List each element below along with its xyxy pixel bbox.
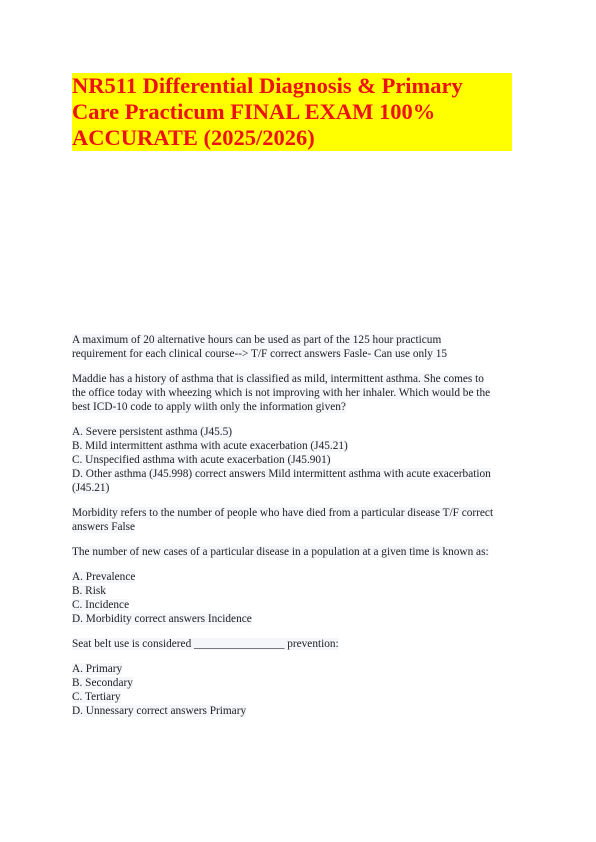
option-line: C. Tertiary xyxy=(72,691,121,703)
question-asthma-options: A. Severe persistent asthma (J45.5) B. M… xyxy=(72,425,532,495)
question-morbidity: Morbidity refers to the number of people… xyxy=(72,506,532,534)
question-new-cases-options: A. Prevalence B. Risk C. Incidence D. Mo… xyxy=(72,570,532,626)
title-line-2: Care Practicum FINAL EXAM 100% xyxy=(72,99,435,124)
text-line: Maddie has a history of asthma that is c… xyxy=(72,373,484,385)
title-line-3: ACCURATE (2025/2026) xyxy=(72,125,315,150)
option-line: C. Unspecified asthma with acute exacerb… xyxy=(72,454,331,466)
document-body: A maximum of 20 alternative hours can be… xyxy=(72,333,532,729)
text-line: best ICD-10 code to apply wiith only the… xyxy=(72,401,346,413)
question-asthma-stem: Maddie has a history of asthma that is c… xyxy=(72,372,532,414)
text-line: the office today with wheezing which is … xyxy=(72,387,490,399)
text-line: Morbidity refers to the number of people… xyxy=(72,507,493,519)
option-line: (J45.21) xyxy=(72,482,109,494)
option-line: B. Mild intermittent asthma with acute e… xyxy=(72,440,348,452)
text-line: answers False xyxy=(72,521,135,533)
document-title: NR511 Differential Diagnosis & Primary C… xyxy=(72,73,512,151)
option-line: A. Prevalence xyxy=(72,571,135,583)
question-seat-belt-stem: Seat belt use is considered ____________… xyxy=(72,637,532,651)
option-line: C. Incidence xyxy=(72,599,129,611)
title-line-1: NR511 Differential Diagnosis & Primary xyxy=(72,73,463,98)
question-practicum-hours: A maximum of 20 alternative hours can be… xyxy=(72,333,532,361)
option-line: A. Primary xyxy=(72,663,122,675)
title-line: ACCURATE (2025/2026) xyxy=(72,125,512,151)
option-line: B. Secondary xyxy=(72,677,133,689)
text-line: Seat belt use is considered ____________… xyxy=(72,638,339,650)
option-line: B. Risk xyxy=(72,585,106,597)
option-line: D. Unnessary correct answers Primary xyxy=(72,705,246,717)
option-line: D. Morbidity correct answers Incidence xyxy=(72,613,252,625)
title-line: Care Practicum FINAL EXAM 100% xyxy=(72,99,512,125)
text-line: A maximum of 20 alternative hours can be… xyxy=(72,334,441,346)
option-line: A. Severe persistent asthma (J45.5) xyxy=(72,426,232,438)
question-new-cases-stem: The number of new cases of a particular … xyxy=(72,545,532,559)
option-line: D. Other asthma (J45.998) correct answer… xyxy=(72,468,491,480)
question-seat-belt-options: A. Primary B. Secondary C. Tertiary D. U… xyxy=(72,662,532,718)
title-line: NR511 Differential Diagnosis & Primary xyxy=(72,73,512,99)
text-line: The number of new cases of a particular … xyxy=(72,546,489,558)
text-line: requirement for each clinical course--> … xyxy=(72,348,447,360)
